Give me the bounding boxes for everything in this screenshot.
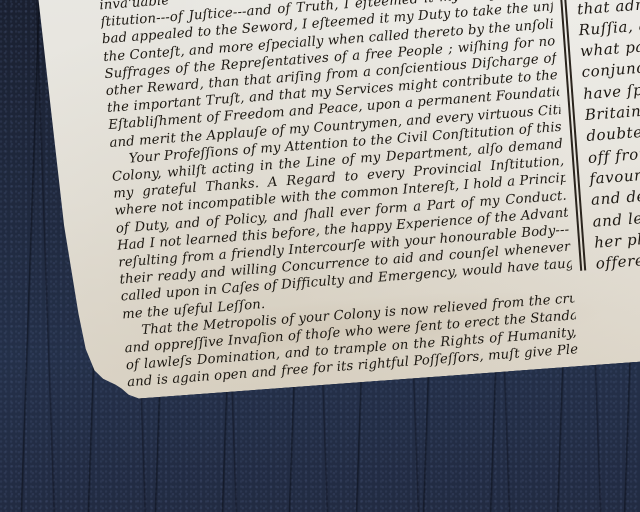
newspaper-page: inva'uable Privileges---and of Truſt, ſt… (34, 0, 640, 404)
address-text-column: inva'uable Privileges---and of Truſt, ſt… (99, 0, 579, 392)
